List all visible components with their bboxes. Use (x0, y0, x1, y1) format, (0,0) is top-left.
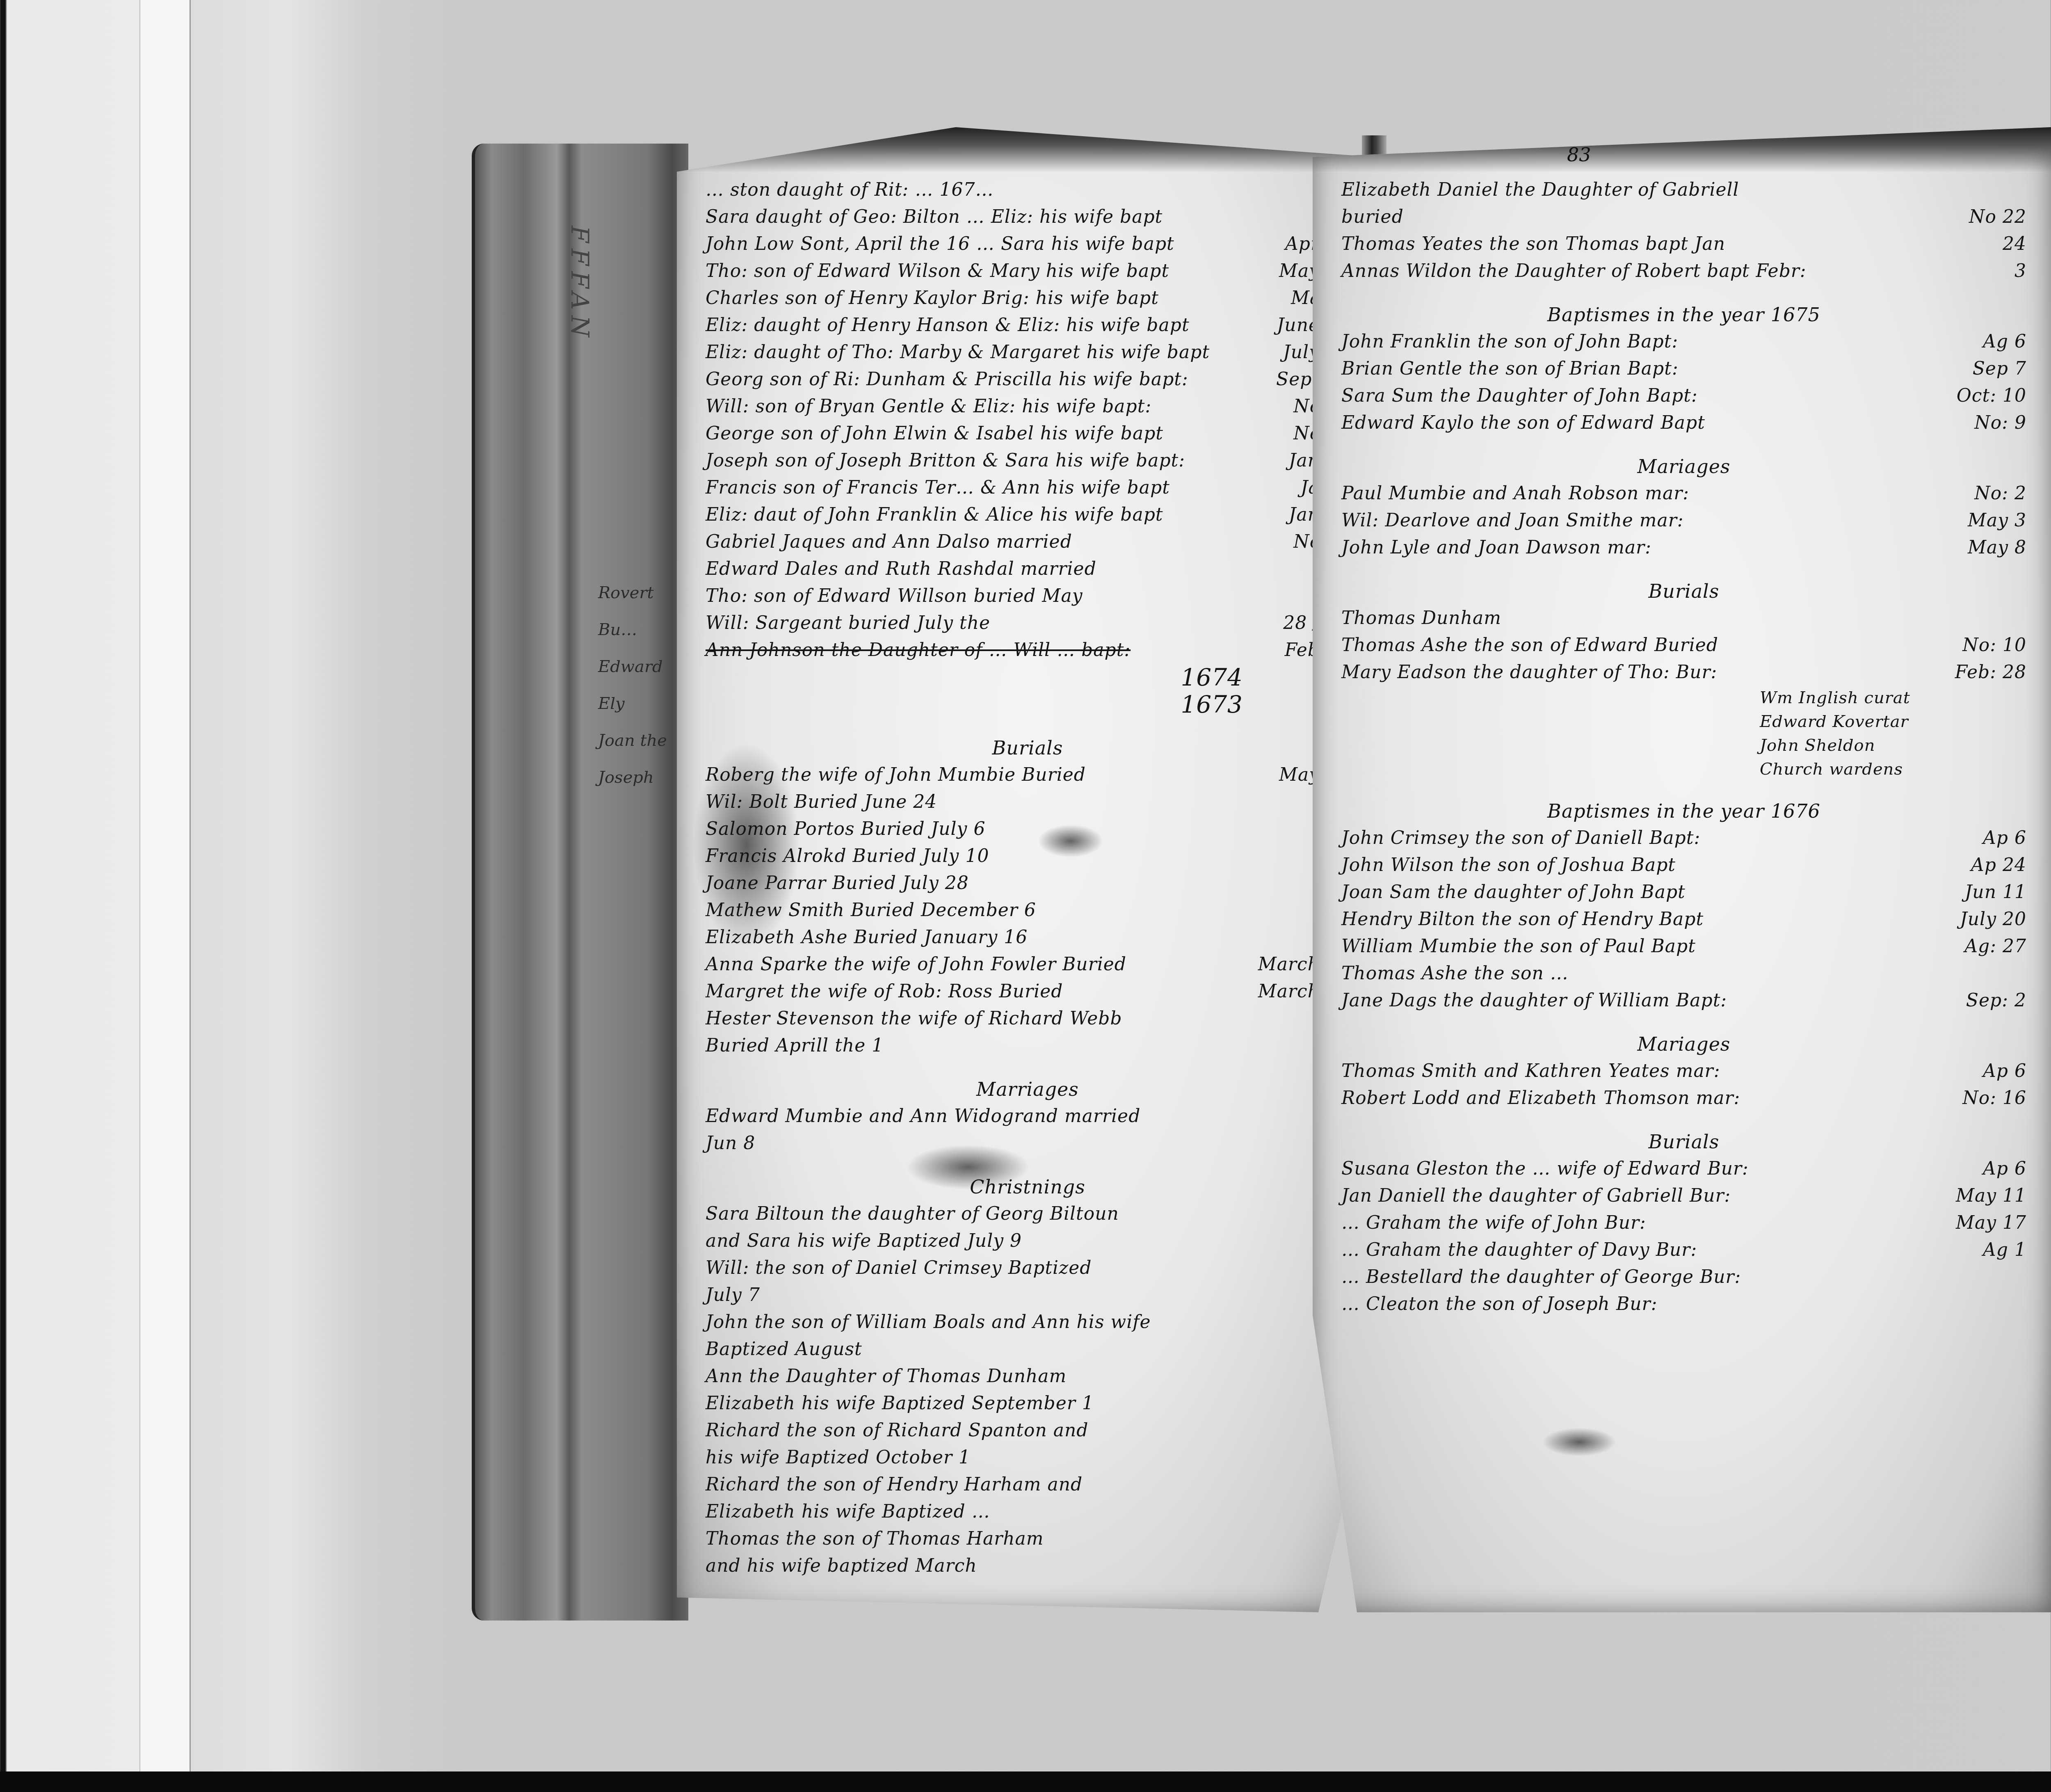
register-entry: Joan Sam the daughter of John BaptJun 11 (1341, 879, 2026, 906)
entry-text: Sara Biltoun the daughter of Georg Bilto… (706, 1203, 1119, 1224)
register-entry: Sara Biltoun the daughter of Georg Bilto… (706, 1200, 1350, 1227)
entry-text: Eliz: daught of Henry Hanson & Eliz: his… (706, 315, 1190, 336)
entry-date: July 20 (1960, 906, 2026, 933)
entry-text: Eliz: daut of John Franklin & Alice his … (706, 504, 1163, 525)
entry-date: Feb: 28 (1955, 659, 2026, 686)
spacer (1341, 781, 2026, 798)
entry-text: July 7 (706, 1285, 760, 1305)
register-entry: and his wife baptized March (706, 1552, 1350, 1579)
entry-text: Thomas Yeates the son Thomas bapt Jan (1341, 233, 1725, 254)
entry-text: Elizabeth his wife Baptized … (706, 1501, 990, 1522)
register-entry: John Crimsey the son of Daniell Bapt:Ap … (1341, 825, 2026, 852)
entry-date: Ap 6 (1983, 1058, 2026, 1085)
spine-margin-notes: RovertBu…EdwardElyJoan theJoseph (598, 574, 680, 796)
register-entry: his wife Baptized October 1 (706, 1444, 1350, 1471)
entry-text: Tho: son of Edward Wilson & Mary his wif… (706, 261, 1169, 281)
entry-text: Joane Parrar Buried July 28 (706, 873, 969, 894)
entry-text: Hendry Bilton the son of Hendry Bapt (1341, 909, 1704, 930)
entry-text: John Franklin the son of John Bapt: (1341, 331, 1678, 352)
register-entry: Thomas Yeates the son Thomas bapt Jan24 (1341, 231, 2026, 258)
film-strip-border (0, 1771, 2051, 1792)
entry-text: Robert Lodd and Elizabeth Thomson mar: (1341, 1088, 1740, 1109)
register-entry: William Mumbie the son of Paul BaptAg: 2… (1341, 933, 2026, 960)
register-entry: … Bestellard the daughter of George Bur: (1341, 1264, 2026, 1291)
spacer (706, 1059, 1350, 1076)
register-entry: Tho: son of Edward Willson buried May26 (706, 583, 1350, 610)
entry-date: Ap 6 (1983, 1155, 2026, 1182)
register-entry: … Graham the daughter of Davy Bur:Ag 1 (1341, 1237, 2026, 1264)
entry-text: Thomas Ashe the son of Edward Buried (1341, 635, 1718, 656)
spine-lettering: FFFAN (565, 226, 594, 343)
spacer (1341, 1112, 2026, 1128)
ink-blot (1542, 1428, 1616, 1456)
section-heading: Christnings (706, 1173, 1350, 1200)
entry-text: Ann the Daughter of Thomas Dunham (706, 1366, 1067, 1387)
register-entry: Edward Dales and Ruth Rashdal married28 (706, 555, 1350, 583)
register-entry: Hendry Bilton the son of Hendry BaptJuly… (1341, 906, 2026, 933)
entry-text: Margret the wife of Rob: Ross Buried (706, 981, 1063, 1002)
register-entry: Jane Dags the daughter of William Bapt:S… (1341, 987, 2026, 1014)
entry-date: May 8 (1968, 534, 2026, 561)
section-heading: Burials (706, 734, 1350, 761)
entry-text: … Cleaton the son of Joseph Bur: (1341, 1294, 1657, 1314)
entry-date: Ag: 27 (1964, 933, 2026, 960)
entry-text: Richard the son of Richard Spanton and (706, 1420, 1089, 1441)
register-entry: Georg son of Ri: Dunham & Priscilla his … (706, 366, 1350, 393)
register-entry: Paul Mumbie and Anah Robson mar:No: 2 (1341, 480, 2026, 507)
entry-text: Hester Stevenson the wife of Richard Web… (706, 1008, 1122, 1029)
register-entry: Hester Stevenson the wife of Richard Web… (706, 1005, 1350, 1032)
register-entry: Eliz: daut of John Franklin & Alice his … (706, 501, 1350, 528)
entry-text: Jane Dags the daughter of William Bapt: (1341, 990, 1727, 1011)
entry-text: Thomas the son of Thomas Harham (706, 1528, 1044, 1549)
section-heading: Burials (1341, 1128, 2026, 1155)
entry-text: Sara Sum the Daughter of John Bapt: (1341, 385, 1698, 406)
entry-text: Annas Wildon the Daughter of Robert bapt… (1341, 261, 1807, 281)
entry-date: No: 10 (1962, 632, 2026, 659)
register-entry: John Wilson the son of Joshua BaptAp 24 (1341, 852, 2026, 879)
register-entry: Wil: Dearlove and Joan Smithe mar:May 3 (1341, 507, 2026, 534)
register-entry: Robert Lodd and Elizabeth Thomson mar:No… (1341, 1085, 2026, 1112)
signature-line: Edward Kovertar (1760, 710, 2026, 734)
register-entry: Mary Eadson the daughter of Tho: Bur:Feb… (1341, 659, 2026, 686)
register-entry: Jan Daniell the daughter of Gabriell Bur… (1341, 1182, 2026, 1209)
entry-date: No 22 (1969, 203, 2026, 231)
section-heading: Mariages (1341, 453, 2026, 480)
entry-date: No: 16 (1962, 1085, 2026, 1112)
entry-date: Ap 24 (1971, 852, 2026, 879)
entry-text: John the son of William Boals and Ann hi… (706, 1312, 1151, 1333)
entry-text: John Lyle and Joan Dawson mar: (1341, 537, 1651, 558)
register-entry: Richard the son of Hendry Harham and (706, 1471, 1350, 1498)
entry-date: No: 2 (1974, 480, 2026, 507)
register-entry: Sara daught of Geo: Bilton … Eliz: his w… (706, 203, 1350, 231)
entry-text: Thomas Dunham (1341, 608, 1501, 629)
register-entry: Will: Sargeant buried July the28 / 20 (706, 610, 1350, 637)
margin-note: Rovert (598, 574, 680, 611)
entry-text: Elizabeth Daniel the Daughter of Gabriel… (1341, 179, 1739, 200)
register-entry: John Franklin the son of John Bapt:Ag 6 (1341, 328, 2026, 355)
register-entry: Baptized August (706, 1336, 1350, 1363)
entry-text: … Bestellard the daughter of George Bur: (1341, 1266, 1741, 1287)
register-entry: Francis Alrokd Buried July 10 (706, 843, 1350, 870)
register-entry: and Sara his wife Baptized July 9 (706, 1227, 1350, 1255)
entry-text: Will: son of Bryan Gentle & Eliz: his wi… (706, 396, 1151, 417)
entry-date: No: 9 (1974, 409, 2026, 437)
entry-date: Ag 1 (1983, 1237, 2026, 1264)
register-entry: Eliz: daught of Tho: Marby & Margaret hi… (706, 339, 1350, 366)
register-entry: John Low Sont, April the 16 … Sara his w… (706, 231, 1350, 258)
margin-note: Bu… (598, 611, 680, 648)
register-entry: Elizabeth his wife Baptized … (706, 1498, 1350, 1525)
register-entry: buriedNo 22 (1341, 203, 2026, 231)
entry-text: Paul Mumbie and Anah Robson mar: (1341, 483, 1689, 504)
register-entry: Ann the Daughter of Thomas Dunham (706, 1363, 1350, 1390)
register-entry: Elizabeth Daniel the Daughter of Gabriel… (1341, 176, 2026, 203)
year-label: 1674 (706, 664, 1350, 691)
spacer (1341, 561, 2026, 578)
entry-text: Joan Sam the daughter of John Bapt (1341, 882, 1686, 903)
entry-text: Will: the son of Daniel Crimsey Baptized (706, 1257, 1092, 1278)
register-entry: Thomas Ashe the son … (1341, 960, 2026, 987)
entry-text: Richard the son of Hendry Harham and (706, 1474, 1083, 1495)
register-entry: Margret the wife of Rob: Ross BuriedMarc… (706, 978, 1350, 1005)
entry-text: John Wilson the son of Joshua Bapt (1341, 855, 1676, 875)
entry-text: and his wife baptized March (706, 1555, 977, 1576)
entry-date: May 11 (1956, 1182, 2026, 1209)
register-entry: Annas Wildon the Daughter of Robert bapt… (1341, 258, 2026, 285)
entry-date: May 3 (1968, 507, 2026, 534)
entry-text: Baptized August (706, 1339, 862, 1360)
entry-text: Mary Eadson the daughter of Tho: Bur: (1341, 662, 1717, 683)
register-entry: Mathew Smith Buried December 6 (706, 897, 1350, 924)
entry-text: Elizabeth Ashe Buried January 16 (706, 927, 1028, 948)
spacer (1341, 1014, 2026, 1031)
entry-text: Roberg the wife of John Mumbie Buried (706, 764, 1086, 785)
entry-date: 3 (2014, 258, 2026, 285)
entry-text: Francis son of Francis Ter… & Ann his wi… (706, 477, 1170, 498)
section-heading: Mariages (1341, 1031, 2026, 1058)
entry-text: his wife Baptized October 1 (706, 1447, 971, 1468)
entry-text: Jun 8 (706, 1133, 755, 1154)
register-entry: Ann Johnson the Daughter of … Will … bap… (706, 637, 1350, 664)
register-entry: … ston daught of Rit: … 167… (706, 176, 1350, 203)
entry-text: Will: Sargeant buried July the (706, 613, 990, 633)
book-fore-edge-left: FFFAN RovertBu…EdwardElyJoan theJoseph (472, 144, 688, 1621)
margin-note: Ely (598, 685, 680, 722)
entry-date: Sep 7 (1973, 355, 2026, 382)
section-heading: Baptismes in the year 1675 (1341, 301, 2026, 328)
register-entry: Richard the son of Richard Spanton and (706, 1417, 1350, 1444)
register-entry: Anna Sparke the wife of John Fowler Buri… (706, 951, 1350, 978)
register-entry: Will: son of Bryan Gentle & Eliz: his wi… (706, 393, 1350, 420)
right-page: 83 Elizabeth Daniel the Daughter of Gabr… (1313, 127, 2051, 1612)
open-register-book: FFFAN RovertBu…EdwardElyJoan theJoseph …… (472, 119, 2051, 1629)
register-entry: Edward Kaylo the son of Edward BaptNo: 9 (1341, 409, 2026, 437)
entry-text: … Graham the daughter of Davy Bur: (1341, 1239, 1697, 1260)
entry-text: Jan Daniell the daughter of Gabriell Bur… (1341, 1185, 1731, 1206)
entry-text: John Low Sont, April the 16 … Sara his w… (706, 233, 1174, 254)
register-entry: Wil: Bolt Buried June 24 (706, 789, 1350, 816)
entry-text: Edward Dales and Ruth Rashdal married (706, 558, 1096, 579)
entry-text: Charles son of Henry Kaylor Brig: his wi… (706, 288, 1159, 309)
register-entry: Sara Sum the Daughter of John Bapt:Oct: … (1341, 382, 2026, 409)
entry-text: Joseph son of Joseph Britton & Sara his … (706, 450, 1185, 471)
entry-text: Edward Mumbie and Ann Widogrand married (706, 1106, 1140, 1127)
year-label: 1673 (706, 691, 1350, 718)
entry-date: Jun 11 (1965, 879, 2026, 906)
spacer (706, 1157, 1350, 1173)
entry-text: Gabriel Jaques and Ann Dalso married (706, 531, 1072, 552)
register-entry: Joseph son of Joseph Britton & Sara his … (706, 447, 1350, 474)
register-entry: … Cleaton the son of Joseph Bur: (1341, 1291, 2026, 1318)
entry-text: William Mumbie the son of Paul Bapt (1341, 936, 1696, 957)
register-entry: Thomas Dunham (1341, 605, 2026, 632)
entry-text: buried (1341, 206, 1404, 227)
margin-note: Joseph (598, 759, 680, 796)
entry-text: Mathew Smith Buried December 6 (706, 900, 1036, 921)
entry-text: George son of John Elwin & Isabel his wi… (706, 423, 1163, 444)
entry-text: Eliz: daught of Tho: Marby & Margaret hi… (706, 342, 1210, 363)
entry-date: May 17 (1956, 1209, 2026, 1237)
register-entry: Gabriel Jaques and Ann Dalso marriedNov … (706, 528, 1350, 555)
signature-block: Wm Inglish curatEdward KovertarJohn Shel… (1760, 686, 2026, 781)
register-entry: Edward Mumbie and Ann Widogrand married (706, 1103, 1350, 1130)
entry-text: John Crimsey the son of Daniell Bapt: (1341, 827, 1700, 848)
register-entry: Buried Aprill the 1 (706, 1032, 1350, 1059)
spacer (706, 718, 1350, 734)
register-entry: Francis son of Francis Ter… & Ann his wi… (706, 474, 1350, 501)
entry-text: … Graham the wife of John Bur: (1341, 1212, 1646, 1233)
register-entry: Charles son of Henry Kaylor Brig: his wi… (706, 285, 1350, 312)
signature-line: John Sheldon (1760, 734, 2026, 757)
register-entry: Salomon Portos Buried July 6 (706, 816, 1350, 843)
entry-text: Wil: Dearlove and Joan Smithe mar: (1341, 510, 1684, 531)
spacer (1341, 437, 2026, 453)
section-heading: Marriages (706, 1076, 1350, 1103)
register-entry: Susana Gleston the … wife of Edward Bur:… (1341, 1155, 2026, 1182)
film-margin-strip (139, 0, 191, 1771)
register-entry: July 7 (706, 1282, 1350, 1309)
register-entry: John Lyle and Joan Dawson mar:May 8 (1341, 534, 2026, 561)
left-page: … ston daught of Rit: … 167…Sara daught … (677, 127, 1374, 1612)
entry-text: Elizabeth his wife Baptized September 1 (706, 1393, 1094, 1414)
folio-number: 83 (1567, 144, 1591, 166)
signature-line: Wm Inglish curat (1760, 686, 2026, 710)
entry-text: Anna Sparke the wife of John Fowler Buri… (706, 954, 1126, 975)
register-entry: Elizabeth Ashe Buried January 16 (706, 924, 1350, 951)
spacer (1341, 285, 2026, 301)
entry-text: Thomas Smith and Kathren Yeates mar: (1341, 1061, 1720, 1081)
entry-date: Oct: 10 (1957, 382, 2026, 409)
right-page-entries: Elizabeth Daniel the Daughter of Gabriel… (1341, 176, 2026, 1318)
entry-text: Sara daught of Geo: Bilton … Eliz: his w… (706, 206, 1163, 227)
entry-text: Buried Aprill the 1 (706, 1035, 884, 1056)
entry-text: Ann Johnson the Daughter of … Will … bap… (706, 640, 1131, 661)
left-page-entries: … ston daught of Rit: … 167…Sara daught … (706, 176, 1350, 1579)
entry-text: Francis Alrokd Buried July 10 (706, 846, 989, 866)
margin-note: Joan the (598, 722, 680, 759)
entry-date: Ap 6 (1983, 825, 2026, 852)
section-heading: Baptismes in the year 1676 (1341, 798, 2026, 825)
register-entry: Will: the son of Daniel Crimsey Baptized (706, 1255, 1350, 1282)
entry-text: Edward Kaylo the son of Edward Bapt (1341, 412, 1705, 433)
margin-note: Edward (598, 648, 680, 685)
register-entry: John the son of William Boals and Ann hi… (706, 1309, 1350, 1336)
entry-text: Thomas Ashe the son … (1341, 963, 1569, 984)
section-heading: Burials (1341, 578, 2026, 605)
signature-line: Church wardens (1760, 757, 2026, 781)
entry-date: Ag 6 (1983, 328, 2026, 355)
register-entry: Tho: son of Edward Wilson & Mary his wif… (706, 258, 1350, 285)
register-entry: Thomas Ashe the son of Edward BuriedNo: … (1341, 632, 2026, 659)
register-entry: Roberg the wife of John Mumbie BuriedMay… (706, 761, 1350, 789)
register-entry: Eliz: daught of Henry Hanson & Eliz: his… (706, 312, 1350, 339)
register-entry: Brian Gentle the son of Brian Bapt:Sep 7 (1341, 355, 2026, 382)
register-entry: Elizabeth his wife Baptized September 1 (706, 1390, 1350, 1417)
register-entry: George son of John Elwin & Isabel his wi… (706, 420, 1350, 447)
register-entry: … Graham the wife of John Bur:May 17 (1341, 1209, 2026, 1237)
entry-text: and Sara his wife Baptized July 9 (706, 1230, 1022, 1251)
entry-text: Georg son of Ri: Dunham & Priscilla his … (706, 369, 1188, 390)
entry-text: Tho: son of Edward Willson buried May (706, 585, 1083, 606)
entry-text: … ston daught of Rit: … 167… (706, 179, 994, 200)
register-entry: Thomas Smith and Kathren Yeates mar:Ap 6 (1341, 1058, 2026, 1085)
entry-text: Brian Gentle the son of Brian Bapt: (1341, 358, 1679, 379)
entry-date: 24 (2003, 231, 2026, 258)
register-entry: Jun 8 (706, 1130, 1350, 1157)
register-entry: Joane Parrar Buried July 28 (706, 870, 1350, 897)
entry-text: Salomon Portos Buried July 6 (706, 818, 985, 839)
entry-date: Sep: 2 (1966, 987, 2026, 1014)
entry-text: Wil: Bolt Buried June 24 (706, 791, 937, 812)
register-entry: Thomas the son of Thomas Harham (706, 1525, 1350, 1552)
entry-text: Susana Gleston the … wife of Edward Bur: (1341, 1158, 1749, 1179)
